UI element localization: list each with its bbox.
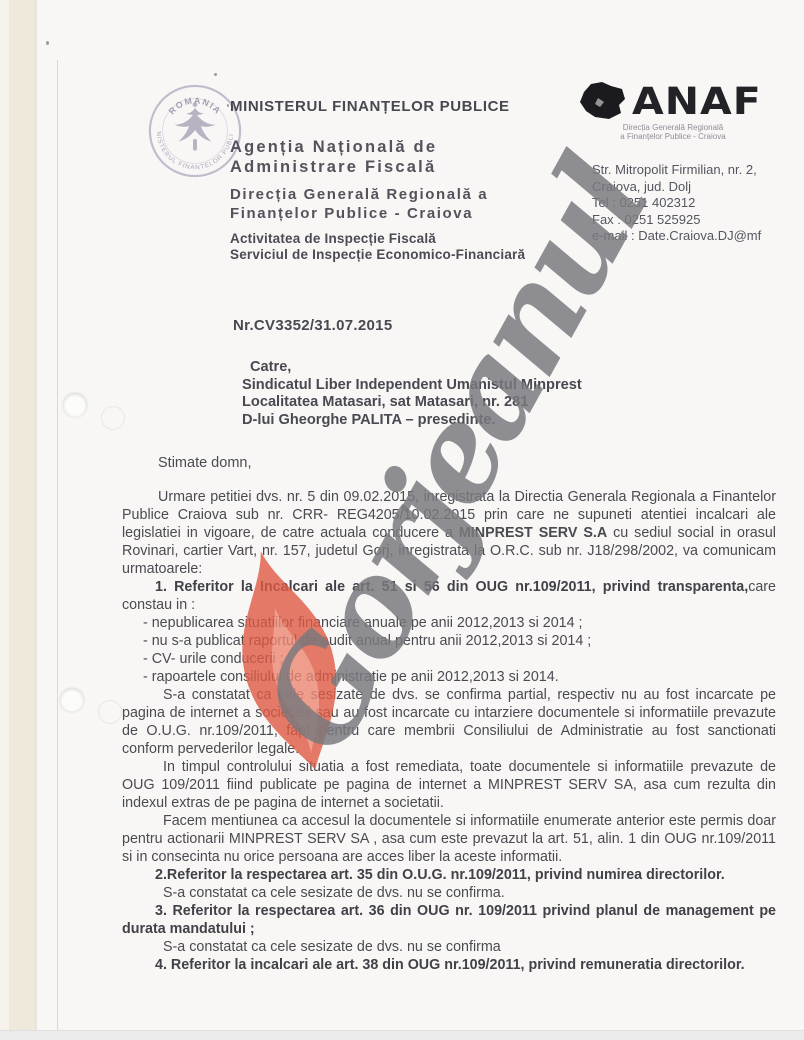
- service-line: Serviciul de Inspecție Economico-Financi…: [230, 247, 525, 263]
- addressee-line3: D-lui Gheorghe PALITA – presedinte.: [242, 412, 582, 430]
- directorate-line2: Finanțelor Publice - Craiova: [230, 204, 525, 223]
- anaf-sub-line1: Direcția Generală Regională: [578, 123, 768, 132]
- punch-hole-ghost: [101, 406, 125, 430]
- section1-remedy: In timpul controlului situatia a fost re…: [122, 758, 776, 812]
- anaf-fax: Fax : 0251 525925: [592, 212, 761, 229]
- section1-access-note: Facem mentiunea ca accesul la documentel…: [122, 812, 776, 866]
- activity-line: Activitatea de Inspecție Fiscală: [230, 231, 525, 247]
- company-name: MINPREST SERV S.A: [459, 525, 607, 541]
- agency-name-line1: Agenția Națională de: [230, 137, 525, 157]
- section4-heading: 4. Referitor la incalcari ale art. 38 di…: [122, 956, 776, 974]
- anaf-city: Craiova, jud. Dolj: [592, 179, 761, 196]
- agency-name-line2: Administrare Fiscală: [230, 157, 525, 177]
- scan-speck: [46, 41, 49, 45]
- bullet-item: - CV- urile conducerii ;: [143, 650, 776, 668]
- section2-heading: 2.Referitor la respectarea art. 35 din O…: [122, 866, 776, 884]
- anaf-street: Str. Mitropolit Firmilian, nr. 2,: [592, 162, 761, 179]
- letter-body: Urmare petitiei dvs. nr. 5 din 09.02.201…: [122, 488, 776, 974]
- reference-number: Nr.CV3352/31.07.2015: [233, 317, 392, 334]
- addressee-line2: Localitatea Matasari, sat Matasari, nr. …: [242, 394, 582, 412]
- scan-bottom-edge: [0, 1030, 804, 1040]
- anaf-logo: ANAF Direcția Generală Regională a Finan…: [578, 80, 788, 141]
- greeting: Stimate domn,: [158, 455, 252, 471]
- section3-finding: S-a constatat ca cele sesizate de dvs. n…: [122, 938, 776, 956]
- section1-bullet-list: - nepublicarea situatiilor financiare an…: [122, 614, 776, 686]
- anaf-sub-line2: a Finanțelor Publice - Craiova: [578, 132, 768, 141]
- bullet-item: - nu s-a publicat raportul de audit anua…: [143, 632, 776, 650]
- directorate-line1: Direcția Generală Regională a: [230, 185, 525, 204]
- addressee-to: Catre,: [242, 359, 582, 377]
- punch-hole-ghost: [98, 700, 122, 724]
- intro-paragraph: Urmare petitiei dvs. nr. 5 din 09.02.201…: [122, 488, 776, 578]
- romania-map-icon: [578, 80, 628, 122]
- anaf-tel: Tel : 0251 402312: [592, 195, 761, 212]
- page-edge-shadow: [35, 0, 38, 1040]
- punch-hole: [63, 393, 87, 417]
- under-sheet-edge: [9, 0, 35, 1040]
- paper-crease: [57, 60, 58, 1040]
- addressee-line1: Sindicatul Liber Independent Umanistul M…: [242, 377, 582, 395]
- section3-heading: 3. Referitor la respectarea art. 36 din …: [122, 902, 776, 938]
- bullet-item: - nepublicarea situatiilor financiare an…: [143, 614, 776, 632]
- bullet-item: - rapoartele consiliului de administrati…: [143, 668, 776, 686]
- anaf-email: e-mail : Date.Craiova.DJ@mf: [592, 228, 761, 245]
- scanner-margin: [0, 0, 9, 1040]
- section1-heading-bold: 1. Referitor la Incalcari ale art. 51 si…: [155, 579, 748, 595]
- section1-finding: S-a constatat ca cele sesizate de dvs. s…: [122, 686, 776, 758]
- scanned-letter-page: ROMANIA MINISTERUL FINANTELOR PUBLICE MI…: [0, 0, 804, 1040]
- ministry-title: MINISTERUL FINANȚELOR PUBLICE: [230, 98, 525, 115]
- punch-hole: [60, 688, 84, 712]
- section2-finding: S-a constatat ca cele sesizate de dvs. n…: [122, 884, 776, 902]
- section1-heading: 1. Referitor la Incalcari ale art. 51 si…: [122, 578, 776, 614]
- anaf-wordmark: ANAF: [632, 82, 762, 121]
- scan-speck: [214, 73, 217, 76]
- addressee-block: Catre, Sindicatul Liber Independent Uman…: [242, 359, 582, 429]
